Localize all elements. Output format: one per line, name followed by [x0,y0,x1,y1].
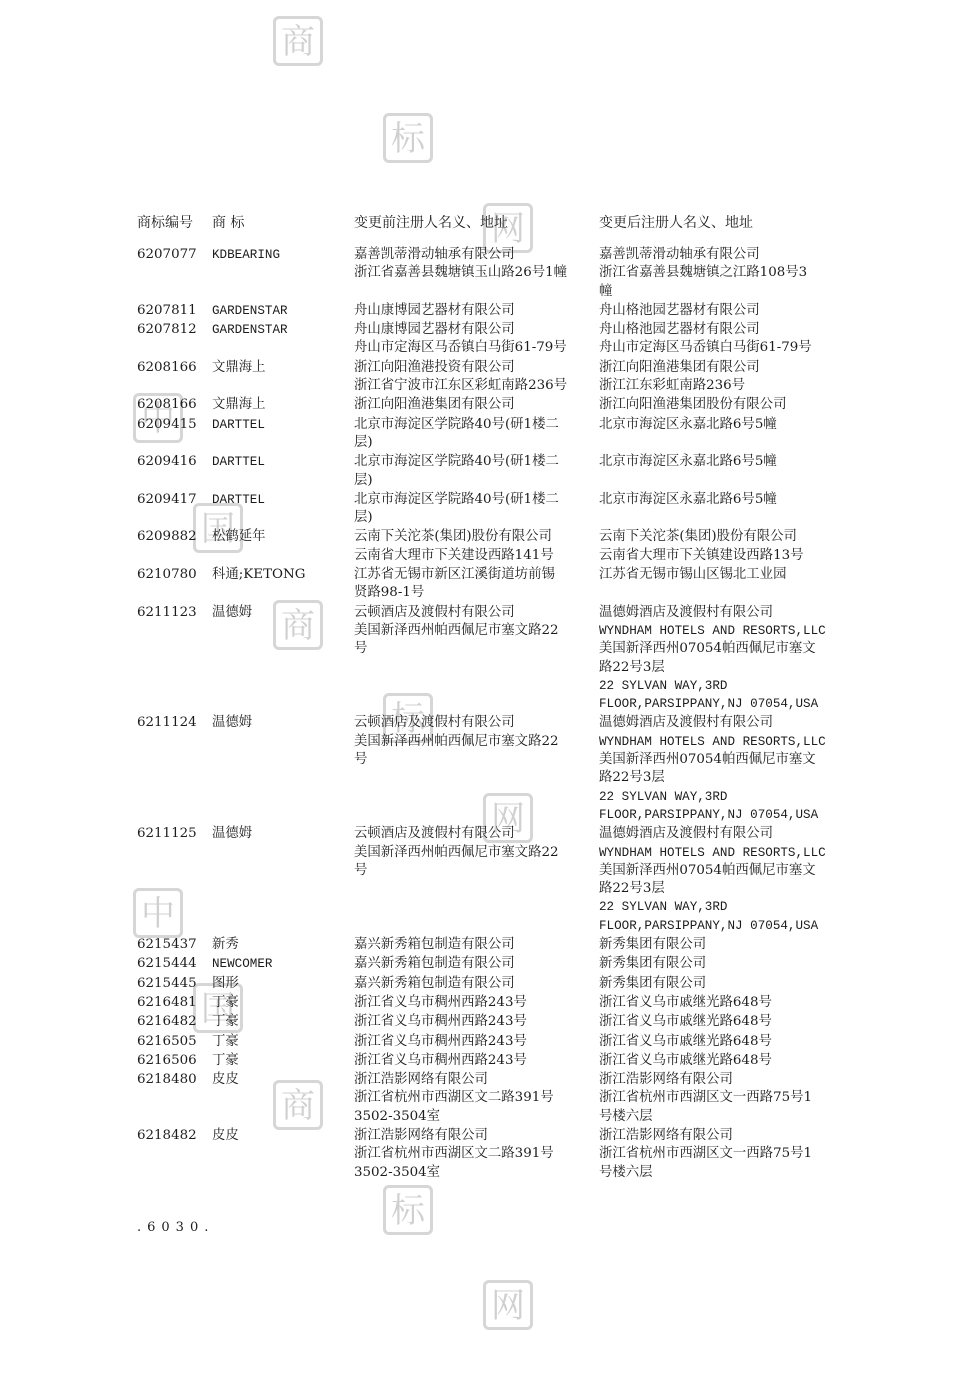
registrant-before: 浙江省义乌市稠州西路243号 [354,1013,599,1031]
registrant-after: 北京市海淀区永嘉北路6号5幢 [599,416,839,434]
registrant-after: 云南下关沱茶(集团)股份有限公司云南省大理市下关镇建设西路13号 [599,528,839,565]
trademark-name: 图形 [212,975,337,993]
registrant-after: 嘉善凯蒂滑动轴承有限公司浙江省嘉善县魏塘镇之江路108号3幢 [599,246,839,301]
address-line: 新秀集团有限公司 [599,955,839,973]
trademark-number: 6211125 [137,825,207,843]
trademark-number: 6215445 [137,975,207,993]
address-line: 浙江向阳渔港集团股份有限公司 [599,396,839,414]
trademark-name: 皮皮 [212,1071,337,1089]
table-row: 6215444NEWCOMER嘉兴新秀箱包制造有限公司新秀集团有限公司 [137,955,857,974]
trademark-number: 6207811 [137,302,207,320]
address-line: 浙江省义乌市戚继光路648号 [599,1052,839,1070]
address-line: 浙江省义乌市戚继光路648号 [599,1013,839,1031]
trademark-number: 6216506 [137,1052,207,1070]
registrant-before: 浙江省义乌市稠州西路243号 [354,994,599,1012]
address-line: 美国新泽西州07054帕西佩尼市塞文 [599,862,839,880]
address-line: 3502-3504室 [354,1164,599,1182]
watermark-glyph: 标 [383,1185,433,1235]
trademark-number: 6207077 [137,246,207,264]
registrant-before: 浙江省义乌市稠州西路243号 [354,1033,599,1051]
table-row: 6207077KDBEARING嘉善凯蒂滑动轴承有限公司浙江省嘉善县魏塘镇玉山路… [137,246,857,302]
address-line: 北京市海淀区永嘉北路6号5幢 [599,491,839,509]
trademark-name: 新秀 [212,936,337,954]
address-line: 22 SYLVAN WAY,3RD [599,898,839,916]
address-line: 新秀集团有限公司 [599,936,839,954]
address-line: 浙江省义乌市稠州西路243号 [354,1033,599,1051]
trademark-change-table: 6207077KDBEARING嘉善凯蒂滑动轴承有限公司浙江省嘉善县魏塘镇玉山路… [137,246,857,1183]
registrant-before: 云南下关沱茶(集团)股份有限公司云南省大理市下关建设西路141号 [354,528,599,565]
address-line: 浙江向阳渔港集团有限公司 [599,359,839,377]
table-row: 6207812GARDENSTAR舟山康博园艺器材有限公司舟山市定海区马岙镇白马… [137,321,857,359]
address-line: 浙江省杭州市西湖区文二路391号 [354,1089,599,1107]
trademark-number: 6211123 [137,604,207,622]
address-line: 美国新泽西州07054帕西佩尼市塞文 [599,751,839,769]
registrant-after: 新秀集团有限公司 [599,936,839,954]
trademark-name: 温德姆 [212,825,337,843]
registrant-before: 江苏省无锡市新区江溪街道坊前锡贤路98-1号 [354,566,599,603]
address-line: 浙江省义乌市稠州西路243号 [354,994,599,1012]
trademark-number: 6209417 [137,491,207,509]
trademark-name: 丁豪 [212,1052,337,1070]
registrant-after: 浙江省义乌市戚继光路648号 [599,1033,839,1051]
address-line: 云南省大理市下关建设西路141号 [354,547,599,565]
address-line: 云南下关沱茶(集团)股份有限公司 [599,528,839,546]
table-row: 6216506丁豪浙江省义乌市稠州西路243号浙江省义乌市戚继光路648号 [137,1052,857,1071]
table-row: 6211125温德姆云顿酒店及渡假村有限公司美国新泽西州帕西佩尼市塞文路22号温… [137,825,857,936]
address-line: 嘉兴新秀箱包制造有限公司 [354,936,599,954]
table-row: 6210780科通;KETONG江苏省无锡市新区江溪街道坊前锡贤路98-1号江苏… [137,566,857,604]
address-line: 温德姆酒店及渡假村有限公司 [599,825,839,843]
registrant-after: 浙江省义乌市戚继光路648号 [599,994,839,1012]
registrant-before: 舟山康博园艺器材有限公司 [354,302,599,320]
address-line: 浙江省杭州市西湖区文一西路75号1 [599,1089,839,1107]
address-line: 22 SYLVAN WAY,3RD [599,677,839,695]
trademark-name: KDBEARING [212,246,337,264]
address-line: FLOOR,PARSIPPANY,NJ 07054,USA [599,806,839,824]
registrant-before: 浙江浩影网络有限公司浙江省杭州市西湖区文二路391号3502-3504室 [354,1127,599,1182]
address-line: 北京市海淀区永嘉北路6号5幢 [599,453,839,471]
registrant-after: 浙江向阳渔港集团有限公司浙江江东彩虹南路236号 [599,359,839,396]
address-line: 浙江浩影网络有限公司 [599,1127,839,1145]
trademark-name: DARTTEL [212,491,337,509]
address-line: 浙江省杭州市西湖区文一西路75号1 [599,1145,839,1163]
table-row: 6209415DARTTEL北京市海淀区学院路40号(研1楼二层)北京市海淀区永… [137,416,857,454]
registrant-after: 浙江省义乌市戚继光路648号 [599,1013,839,1031]
registrant-before: 嘉兴新秀箱包制造有限公司 [354,936,599,954]
registrant-before: 浙江浩影网络有限公司浙江省杭州市西湖区文二路391号3502-3504室 [354,1071,599,1126]
registrant-after: 浙江向阳渔港集团股份有限公司 [599,396,839,414]
address-line: 北京市海淀区永嘉北路6号5幢 [599,416,839,434]
address-line: 北京市海淀区学院路40号(研1楼二 [354,453,599,471]
watermark-glyph: 网 [483,1280,533,1330]
address-line: 号 [354,751,599,769]
registrant-after: 舟山格池园艺器材有限公司舟山市定海区马岙镇白马街61-79号 [599,321,839,358]
trademark-number: 6211124 [137,714,207,732]
table-row: 6216505丁豪浙江省义乌市稠州西路243号浙江省义乌市戚继光路648号 [137,1033,857,1052]
registrant-before: 浙江省义乌市稠州西路243号 [354,1052,599,1070]
registrant-before: 嘉兴新秀箱包制造有限公司 [354,975,599,993]
address-line: 云顿酒店及渡假村有限公司 [354,825,599,843]
address-line: 浙江省宁波市江东区彩虹南路236号 [354,377,599,395]
trademark-name: 丁豪 [212,1033,337,1051]
registrant-before: 北京市海淀区学院路40号(研1楼二层) [354,453,599,490]
watermark-glyph: 标 [383,113,433,163]
trademark-number: 6208166 [137,359,207,377]
trademark-name: 科通;KETONG [212,566,337,584]
registrant-after: 温德姆酒店及渡假村有限公司WYNDHAM HOTELS AND RESORTS,… [599,714,839,824]
address-line: 美国新泽西州帕西佩尼市塞文路22 [354,622,599,640]
header-before-change: 变更前注册人名义、地址 [354,212,508,232]
trademark-number: 6218482 [137,1127,207,1145]
address-line: 美国新泽西州帕西佩尼市塞文路22 [354,844,599,862]
table-row: 6215437新秀嘉兴新秀箱包制造有限公司新秀集团有限公司 [137,936,857,955]
trademark-name: 文鼎海上 [212,396,337,414]
trademark-name: 松鹤延年 [212,528,337,546]
header-trademark-number: 商标编号 [137,212,193,232]
registrant-before: 舟山康博园艺器材有限公司舟山市定海区马岙镇白马街61-79号 [354,321,599,358]
registrant-after: 舟山格池园艺器材有限公司 [599,302,839,320]
address-line: 江苏省无锡市新区江溪街道坊前锡 [354,566,599,584]
address-line: 嘉兴新秀箱包制造有限公司 [354,955,599,973]
trademark-name: NEWCOMER [212,955,337,973]
trademark-name: 温德姆 [212,604,337,622]
address-line: 号楼六层 [599,1164,839,1182]
trademark-number: 6210780 [137,566,207,584]
table-row: 6216481丁豪浙江省义乌市稠州西路243号浙江省义乌市戚继光路648号 [137,994,857,1013]
address-line: 路22号3层 [599,880,839,898]
address-line: 浙江省义乌市稠州西路243号 [354,1052,599,1070]
address-line: FLOOR,PARSIPPANY,NJ 07054,USA [599,917,839,935]
address-line: WYNDHAM HOTELS AND RESORTS,LLC [599,622,839,640]
address-line: 层) [354,472,599,490]
watermark-glyph: 商 [273,16,323,66]
address-line: 浙江省杭州市西湖区文二路391号 [354,1145,599,1163]
table-row: 6211124温德姆云顿酒店及渡假村有限公司美国新泽西州帕西佩尼市塞文路22号温… [137,714,857,825]
address-line: 舟山康博园艺器材有限公司 [354,302,599,320]
address-line: 3502-3504室 [354,1108,599,1126]
address-line: 浙江省嘉善县魏塘镇玉山路26号1幢 [354,264,599,282]
registrant-before: 浙江向阳渔港投资有限公司浙江省宁波市江东区彩虹南路236号 [354,359,599,396]
address-line: 嘉善凯蒂滑动轴承有限公司 [354,246,599,264]
registrant-before: 北京市海淀区学院路40号(研1楼二层) [354,416,599,453]
trademark-number: 6216505 [137,1033,207,1051]
address-line: 号楼六层 [599,1108,839,1126]
table-row: 6216482丁豪浙江省义乌市稠州西路243号浙江省义乌市戚继光路648号 [137,1013,857,1032]
trademark-name: GARDENSTAR [212,321,337,339]
address-line: 嘉善凯蒂滑动轴承有限公司 [599,246,839,264]
address-line: 层) [354,509,599,527]
table-header: 商标编号 商 标 变更前注册人名义、地址 变更后注册人名义、地址 [137,212,857,232]
registrant-before: 云顿酒店及渡假村有限公司美国新泽西州帕西佩尼市塞文路22号 [354,825,599,880]
table-row: 6209416DARTTEL北京市海淀区学院路40号(研1楼二层)北京市海淀区永… [137,453,857,491]
table-row: 6218482皮皮浙江浩影网络有限公司浙江省杭州市西湖区文二路391号3502-… [137,1127,857,1183]
trademark-number: 6216481 [137,994,207,1012]
registrant-after: 北京市海淀区永嘉北路6号5幢 [599,491,839,509]
registrant-after: 新秀集团有限公司 [599,975,839,993]
address-line: FLOOR,PARSIPPANY,NJ 07054,USA [599,695,839,713]
trademark-number: 6215437 [137,936,207,954]
table-row: 6209882松鹤延年云南下关沱茶(集团)股份有限公司云南省大理市下关建设西路1… [137,528,857,566]
trademark-number: 6209415 [137,416,207,434]
address-line: 北京市海淀区学院路40号(研1楼二 [354,491,599,509]
registrant-after: 江苏省无锡市锡山区锡北工业园 [599,566,839,584]
trademark-name: 丁豪 [212,994,337,1012]
trademark-number: 6218480 [137,1071,207,1089]
address-line: WYNDHAM HOTELS AND RESORTS,LLC [599,844,839,862]
address-line: 美国新泽西州07054帕西佩尼市塞文 [599,640,839,658]
address-line: 号 [354,862,599,880]
registrant-after: 浙江浩影网络有限公司浙江省杭州市西湖区文一西路75号1号楼六层 [599,1127,839,1182]
registrant-before: 云顿酒店及渡假村有限公司美国新泽西州帕西佩尼市塞文路22号 [354,604,599,659]
address-line: 舟山市定海区马岙镇白马街61-79号 [599,339,839,357]
registrant-after: 浙江省义乌市戚继光路648号 [599,1052,839,1070]
address-line: WYNDHAM HOTELS AND RESORTS,LLC [599,733,839,751]
address-line: 贤路98-1号 [354,584,599,602]
address-line: 舟山格池园艺器材有限公司 [599,302,839,320]
registrant-after: 新秀集团有限公司 [599,955,839,973]
trademark-number: 6208166 [137,396,207,414]
address-line: 浙江省义乌市戚继光路648号 [599,1033,839,1051]
address-line: 舟山市定海区马岙镇白马街61-79号 [354,339,599,357]
table-row: 6215445图形嘉兴新秀箱包制造有限公司新秀集团有限公司 [137,975,857,994]
trademark-number: 6215444 [137,955,207,973]
address-line: 北京市海淀区学院路40号(研1楼二 [354,416,599,434]
address-line: 路22号3层 [599,769,839,787]
trademark-name: 温德姆 [212,714,337,732]
trademark-number: 6209882 [137,528,207,546]
address-line: 浙江省嘉善县魏塘镇之江路108号3 [599,264,839,282]
trademark-name: 皮皮 [212,1127,337,1145]
address-line: 浙江浩影网络有限公司 [354,1127,599,1145]
address-line: 浙江向阳渔港集团有限公司 [354,396,599,414]
trademark-name: DARTTEL [212,453,337,471]
address-line: 号 [354,640,599,658]
registrant-after: 温德姆酒店及渡假村有限公司WYNDHAM HOTELS AND RESORTS,… [599,604,839,714]
address-line: 云顿酒店及渡假村有限公司 [354,604,599,622]
registrant-before: 北京市海淀区学院路40号(研1楼二层) [354,491,599,528]
trademark-name: 丁豪 [212,1013,337,1031]
address-line: 江苏省无锡市锡山区锡北工业园 [599,566,839,584]
registrant-after: 温德姆酒店及渡假村有限公司WYNDHAM HOTELS AND RESORTS,… [599,825,839,935]
address-line: 云南省大理市下关镇建设西路13号 [599,547,839,565]
address-line: 云顿酒店及渡假村有限公司 [354,714,599,732]
trademark-number: 6207812 [137,321,207,339]
address-line: 浙江省义乌市戚继光路648号 [599,994,839,1012]
address-line: 22 SYLVAN WAY,3RD [599,788,839,806]
page-number: .6030. [137,1220,214,1235]
registrant-before: 浙江向阳渔港集团有限公司 [354,396,599,414]
table-row: 6211123温德姆云顿酒店及渡假村有限公司美国新泽西州帕西佩尼市塞文路22号温… [137,604,857,715]
trademark-name: 文鼎海上 [212,359,337,377]
address-line: 路22号3层 [599,659,839,677]
trademark-number: 6216482 [137,1013,207,1031]
address-line: 浙江向阳渔港投资有限公司 [354,359,599,377]
address-line: 新秀集团有限公司 [599,975,839,993]
table-row: 6207811GARDENSTAR舟山康博园艺器材有限公司舟山格池园艺器材有限公… [137,302,857,321]
address-line: 浙江浩影网络有限公司 [599,1071,839,1089]
address-line: 美国新泽西州帕西佩尼市塞文路22 [354,733,599,751]
address-line: 浙江省义乌市稠州西路243号 [354,1013,599,1031]
registrant-before: 嘉善凯蒂滑动轴承有限公司浙江省嘉善县魏塘镇玉山路26号1幢 [354,246,599,283]
header-trademark: 商 标 [212,212,244,232]
table-row: 6208166文鼎海上浙江向阳渔港投资有限公司浙江省宁波市江东区彩虹南路236号… [137,359,857,397]
address-line: 温德姆酒店及渡假村有限公司 [599,604,839,622]
address-line: 温德姆酒店及渡假村有限公司 [599,714,839,732]
trademark-number: 6209416 [137,453,207,471]
trademark-name: DARTTEL [212,416,337,434]
registrant-before: 嘉兴新秀箱包制造有限公司 [354,955,599,973]
table-row: 6208166文鼎海上浙江向阳渔港集团有限公司浙江向阳渔港集团股份有限公司 [137,396,857,415]
registrant-after: 北京市海淀区永嘉北路6号5幢 [599,453,839,471]
address-line: 浙江江东彩虹南路236号 [599,377,839,395]
table-row: 6209417DARTTEL北京市海淀区学院路40号(研1楼二层)北京市海淀区永… [137,491,857,529]
address-line: 舟山格池园艺器材有限公司 [599,321,839,339]
registrant-before: 云顿酒店及渡假村有限公司美国新泽西州帕西佩尼市塞文路22号 [354,714,599,769]
address-line: 舟山康博园艺器材有限公司 [354,321,599,339]
address-line: 幢 [599,283,839,301]
address-line: 层) [354,434,599,452]
trademark-name: GARDENSTAR [212,302,337,320]
registrant-after: 浙江浩影网络有限公司浙江省杭州市西湖区文一西路75号1号楼六层 [599,1071,839,1126]
header-after-change: 变更后注册人名义、地址 [599,212,753,232]
address-line: 云南下关沱茶(集团)股份有限公司 [354,528,599,546]
table-row: 6218480皮皮浙江浩影网络有限公司浙江省杭州市西湖区文二路391号3502-… [137,1071,857,1127]
address-line: 浙江浩影网络有限公司 [354,1071,599,1089]
address-line: 嘉兴新秀箱包制造有限公司 [354,975,599,993]
